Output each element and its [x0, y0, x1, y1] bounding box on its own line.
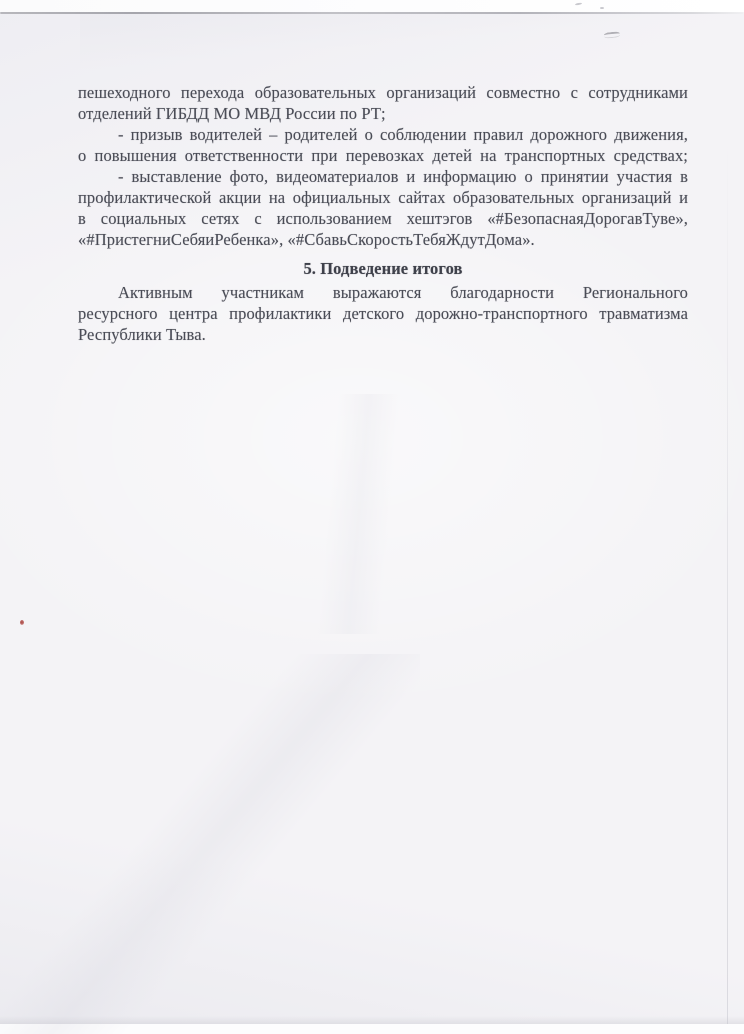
scanned-page: пешеходного перехода образовательных орг… — [0, 0, 744, 1024]
bottom-scan-shadow — [0, 1016, 744, 1024]
document-text-block: пешеходного перехода образовательных орг… — [78, 82, 688, 345]
section-heading: 5. Подведение итогов — [78, 258, 688, 279]
body-text-line: - призыв водителей – родителей о соблюде… — [78, 124, 688, 145]
body-text-line: пешеходного перехода образовательных орг… — [78, 82, 688, 103]
dust-speck — [575, 2, 582, 5]
body-text-line: - выставление фото, видеоматериалов и ин… — [78, 166, 688, 187]
body-text-line: «#ПристегниСебяиРебенка», «#СбавьСкорост… — [78, 229, 688, 250]
paper-crease — [0, 654, 420, 1024]
body-text-line: отделений ГИБДД МО МВД России по РТ; — [78, 103, 688, 124]
paper-crease — [140, 394, 560, 634]
red-ink-speck — [20, 620, 24, 625]
body-text-line: в социальных сетях с использованием хешт… — [78, 208, 688, 229]
closing-text-line: ресурсного центра профилактики детского … — [78, 303, 688, 324]
body-text-line: о повышения ответственности при перевозк… — [78, 145, 688, 166]
page-right-edge-seam — [727, 140, 728, 1024]
closing-text-line: Республики Тыва. — [78, 324, 688, 345]
closing-text-line: Активным участникам выражаются благодарн… — [78, 282, 688, 303]
body-text-line: профилактической акции на официальных са… — [78, 187, 688, 208]
dust-speck — [600, 7, 604, 9]
